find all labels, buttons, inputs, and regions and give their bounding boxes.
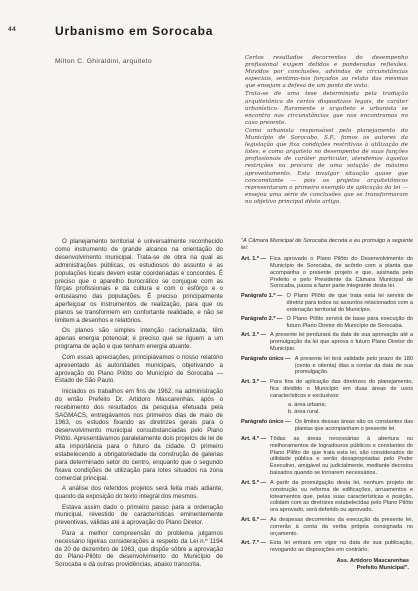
law-item: Parágrafo 2.º — O Plano Pilôto servirá d… (241, 316, 413, 330)
law-item: Art. 6.º — As despesas decorrentes da ex… (241, 517, 413, 538)
law-item-text: Para fins de aplicação das diretrizes do… (270, 379, 413, 400)
law-item-label: Art. 7.º — (241, 540, 266, 554)
law-item-text: A partir da promulgação desta lei, nenhu… (270, 480, 413, 515)
intro-paragraph: Como urbanista responsável pelo planejam… (245, 128, 408, 206)
magazine-page: 44 Urbanismo em Sorocaba Milton C. Ghira… (0, 0, 418, 591)
body-paragraph: Estava assim dado o primeiro passo para … (55, 504, 223, 528)
law-subitem: a. área urbana; (288, 402, 413, 409)
law-item-text: A presente lei perdurará da data de sua … (270, 332, 413, 353)
law-item-text: As despesas decorrentes da execução da p… (270, 517, 413, 538)
law-item-text: O Plano Pilôto servirá de base para exec… (287, 316, 413, 330)
law-sublist: a. área urbana; b. área rural. (288, 402, 413, 416)
body-paragraph: Os planos são simples intenção racionali… (55, 327, 223, 351)
body-paragraph: Com essas apreciações, principiávamos o … (55, 354, 223, 386)
page-title: Urbanismo em Sorocaba (55, 24, 213, 38)
left-column: O planejamento territorial é universalme… (55, 238, 223, 572)
law-item-text: Fica aprovado o Plano Pilôto do Desenvol… (270, 256, 413, 291)
law-item: Parágrafo único — A presente lei terá va… (241, 356, 413, 377)
law-item-label: Art. 5.º — (241, 480, 266, 515)
article-body: O planejamento territorial é universalme… (55, 238, 410, 572)
right-column: "A Câmara Municipal de Sorocaba decreta … (241, 238, 413, 572)
body-paragraph: Iniciados os trabalhos em fins de 1962, … (55, 388, 223, 483)
law-item-text: O Plano Pilôto de que trata esta lei ser… (287, 293, 413, 314)
law-item: Art. 2.º — A presente lei perdurará da d… (241, 332, 413, 353)
law-item: Art. 1.º — Fica aprovado o Plano Pilôto … (241, 256, 413, 291)
law-item: Parágrafo 1.º — O Plano Pilôto de que tr… (241, 293, 413, 314)
signature-block: Ass. Artidoro Mascarenhas Prefeito Munic… (241, 558, 413, 572)
law-item-label: Art. 3.º — (241, 379, 266, 417)
intro-paragraph: Trata-se de uma tese determinada pela tr… (245, 91, 408, 126)
law-item-text: Os limites dessas áreas são os constante… (295, 419, 413, 433)
law-item-text: Esta lei entrará em vigor na data de sua… (270, 540, 413, 554)
law-item-text: A presente lei terá validade pelo prazo … (295, 356, 413, 377)
law-item-label: Art. 6.º — (241, 517, 266, 538)
intro-block: Certos resultados decorrentes do desempe… (245, 55, 408, 207)
body-paragraph: A análise dos referidos projetos será fe… (55, 485, 223, 501)
law-item-label: Parágrafo único — (241, 419, 291, 433)
law-item-label: Parágrafo 2.º — (241, 316, 283, 330)
law-item-label: Art. 2.º — (241, 332, 266, 353)
law-item-label: Art. 1.º — (241, 256, 266, 291)
law-item: Art. 4.º — Tôdas as áreas necessárias à … (241, 436, 413, 477)
law-item-label: Parágrafo único — (241, 356, 291, 377)
law-item-label: Parágrafo 1.º — (241, 293, 283, 314)
law-subitem: b. área rural. (288, 409, 413, 416)
body-paragraph: Para a melhor compreensão do problema ju… (55, 530, 223, 570)
body-paragraph: O planejamento territorial é universalme… (55, 238, 223, 325)
law-item-label: Art. 4.º — (241, 436, 266, 477)
page-number: 44 (8, 26, 16, 33)
law-item: Art. 5.º — A partir da promulgação desta… (241, 480, 413, 515)
signature-name: Ass. Artidoro Mascarenhas (241, 558, 409, 565)
signature-title: Prefeito Municipal". (241, 565, 409, 572)
law-item-text: Tôdas as áreas necessárias à abertura ou… (270, 436, 413, 477)
author-byline: Milton C. Ghiraldini, arquiteto (55, 58, 152, 65)
law-item: Art. 7.º — Esta lei entrará em vigor na … (241, 540, 413, 554)
law-item: Parágrafo único — Os limites dessas área… (241, 419, 413, 433)
intro-paragraph: Certos resultados decorrentes do desempe… (245, 55, 408, 90)
law-item: Art. 3.º — Para fins de aplicação das di… (241, 379, 413, 417)
law-preamble: "A Câmara Municipal de Sorocaba decreta … (241, 238, 413, 252)
